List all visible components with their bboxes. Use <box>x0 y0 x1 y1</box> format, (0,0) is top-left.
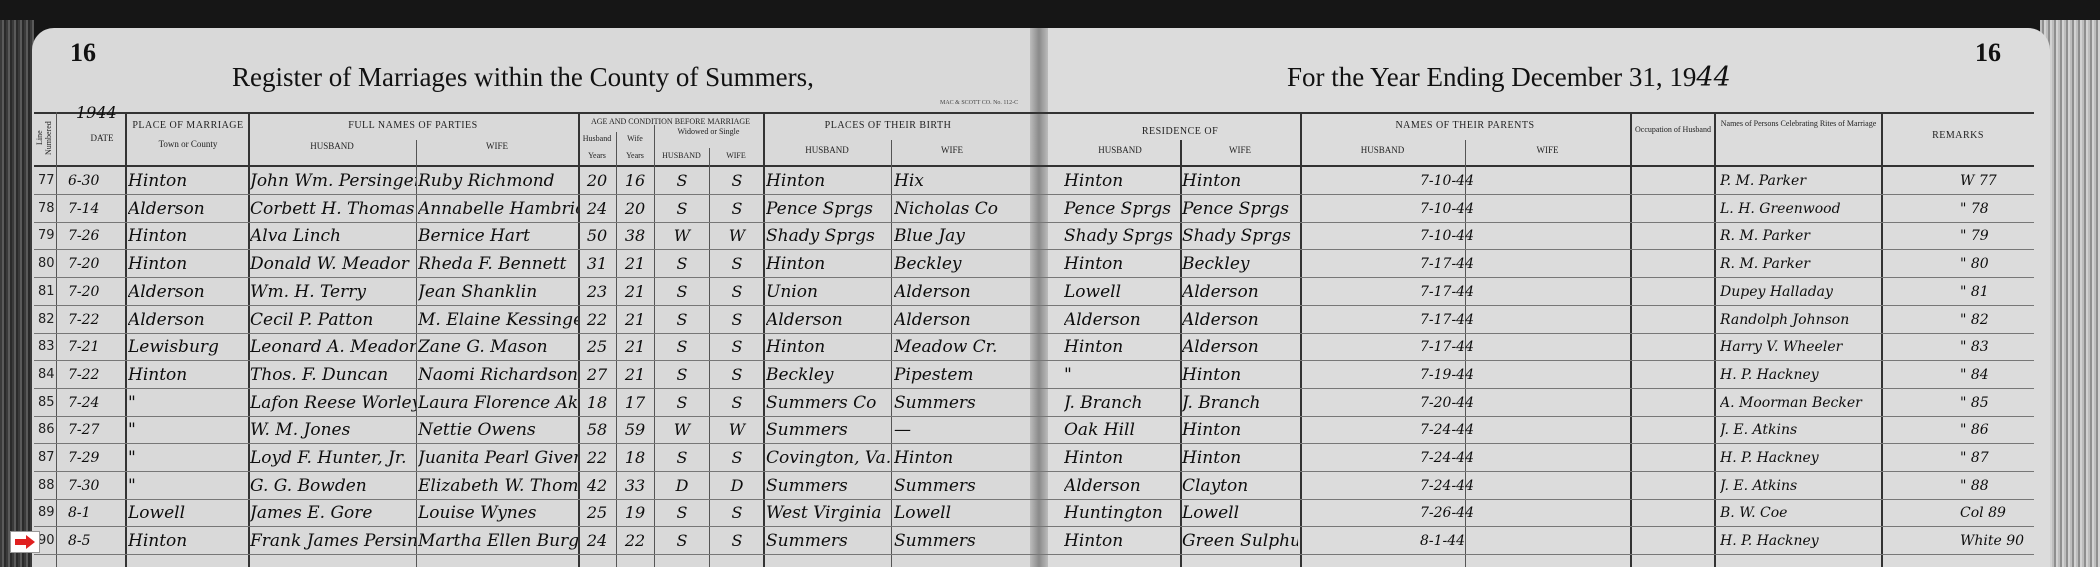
husband-name-cell: John Wm. Persinger <box>250 168 416 194</box>
wife-age-cell: 38 <box>618 223 652 249</box>
wife-birthplace-cell: Blue Jay <box>894 223 1012 249</box>
ledger-book: 16 16 Register of Marriages within the C… <box>0 0 2100 567</box>
celebrant-cell: H. P. Hackney <box>1720 445 1880 471</box>
wife-age-cell: 20 <box>618 196 652 222</box>
header-age-condition: AGE AND CONDITION BEFORE MARRIAGE <box>578 118 763 127</box>
header-occupation: Occupation of Husband <box>1632 126 1714 135</box>
year-annotation: 1944 <box>76 100 117 126</box>
husband-birthplace-cell: Alderson <box>766 307 890 333</box>
line-number: 89 <box>38 500 56 526</box>
place-cell: Alderson <box>128 279 246 305</box>
header-res-wife: WIFE <box>1180 146 1300 156</box>
wife-condition-cell: S <box>711 500 763 526</box>
celebrant-cell: H. P. Hackney <box>1720 528 1880 554</box>
wife-residence-cell: Shady Sprgs <box>1182 223 1298 249</box>
arrow-right-icon <box>14 535 36 549</box>
husband-age-cell: 25 <box>580 500 614 526</box>
celebrant-cell: Randolph Johnson <box>1720 307 1880 333</box>
wife-birthplace-cell: Alderson <box>894 307 1012 333</box>
wife-name-cell: Jean Shanklin <box>418 279 578 305</box>
husband-condition-cell: S <box>656 251 708 277</box>
place-cell: " <box>128 445 246 471</box>
husband-condition-cell: S <box>656 362 708 388</box>
husband-condition-cell: S <box>656 307 708 333</box>
place-cell: Hinton <box>128 168 246 194</box>
header-birth-wife: WIFE <box>891 146 1013 156</box>
husband-residence-cell: Huntington <box>1064 500 1178 526</box>
husband-name-cell: Loyd F. Hunter, Jr. <box>250 445 416 471</box>
date-cell: 8-5 <box>68 528 124 554</box>
husband-residence-cell: Pence Sprgs <box>1064 196 1178 222</box>
husband-age-cell: 58 <box>580 417 614 443</box>
wife-residence-cell: Hinton <box>1182 168 1298 194</box>
header-bottom-rule <box>34 165 2034 167</box>
celebrant-cell: J. E. Atkins <box>1720 473 1880 499</box>
husband-condition-cell: W <box>656 223 708 249</box>
husband-age-cell: 42 <box>580 473 614 499</box>
husband-age-cell: 18 <box>580 390 614 416</box>
header-remarks: REMARKS <box>1883 130 2033 141</box>
husband-name-cell: Cecil P. Patton <box>250 307 416 333</box>
husband-birthplace-cell: Union <box>766 279 890 305</box>
wife-name-cell: Nettie Owens <box>418 417 578 443</box>
wife-age-cell: 16 <box>618 168 652 194</box>
header-age-wife: Wife <box>616 135 654 144</box>
husband-birthplace-cell: Beckley <box>766 362 890 388</box>
line-number: 84 <box>38 362 56 388</box>
celebrant-cell: H. P. Hackney <box>1720 362 1880 388</box>
wife-age-cell: 18 <box>618 445 652 471</box>
celebrant-cell: J. E. Atkins <box>1720 417 1880 443</box>
remarks-cell: " 85 <box>1960 390 2032 416</box>
husband-age-cell: 22 <box>580 307 614 333</box>
date-cell: 7-14 <box>68 196 124 222</box>
wife-name-cell: Ruby Richmond <box>418 168 578 194</box>
wife-age-cell: 21 <box>618 279 652 305</box>
wife-residence-cell: Clayton <box>1182 473 1298 499</box>
table-row: 817-20AldersonWm. H. TerryJean Shanklin2… <box>0 279 2040 305</box>
year-title: For the Year Ending December 31, 1944 <box>1287 62 1731 93</box>
wife-birthplace-cell: Summers <box>894 528 1012 554</box>
table-row: 776-30HintonJohn Wm. PersingerRuby Richm… <box>0 168 2040 194</box>
wife-birthplace-cell: Meadow Cr. <box>894 334 1012 360</box>
remarks-cell: " 86 <box>1960 417 2032 443</box>
wife-condition-cell: W <box>711 417 763 443</box>
remarks-cell: " 88 <box>1960 473 2032 499</box>
place-cell: " <box>128 473 246 499</box>
husband-name-cell: Donald W. Meador <box>250 251 416 277</box>
wife-condition-cell: S <box>711 307 763 333</box>
husband-condition-cell: S <box>656 500 708 526</box>
husband-name-cell: G. G. Bowden <box>250 473 416 499</box>
husband-age-cell: 20 <box>580 168 614 194</box>
husband-residence-cell: Shady Sprgs <box>1064 223 1178 249</box>
wife-name-cell: Martha Ellen Burgess <box>418 528 578 554</box>
date-cell: 7-26 <box>68 223 124 249</box>
husband-name-cell: Alva Linch <box>250 223 416 249</box>
husband-birthplace-cell: Summers <box>766 528 890 554</box>
husband-birthplace-cell: Hinton <box>766 251 890 277</box>
remarks-cell: " 79 <box>1960 223 2032 249</box>
celebrant-cell: P. M. Parker <box>1720 168 1880 194</box>
parents-date-cell: 7-24-44 <box>1420 445 1540 471</box>
date-cell: 8-1 <box>68 500 124 526</box>
header-names-husband: HUSBAND <box>248 142 416 152</box>
place-cell: " <box>128 390 246 416</box>
wife-condition-cell: S <box>711 196 763 222</box>
place-cell: Hinton <box>128 362 246 388</box>
line-number: 81 <box>38 279 56 305</box>
husband-birthplace-cell: West Virginia <box>766 500 890 526</box>
wife-birthplace-cell: Alderson <box>894 279 1012 305</box>
husband-birthplace-cell: Summers <box>766 473 890 499</box>
remarks-cell: " 87 <box>1960 445 2032 471</box>
header-date: DATE <box>82 134 122 144</box>
husband-birthplace-cell: Summers Co <box>766 390 890 416</box>
header-widowed-single: Widowed or Single <box>654 128 763 137</box>
wife-birthplace-cell: Summers <box>894 473 1012 499</box>
wife-age-cell: 19 <box>618 500 652 526</box>
line-number: 82 <box>38 307 56 333</box>
husband-condition-cell: W <box>656 417 708 443</box>
table-row: 847-22HintonThos. F. DuncanNaomi Richard… <box>0 362 2040 388</box>
wife-condition-cell: S <box>711 334 763 360</box>
husband-name-cell: Wm. H. Terry <box>250 279 416 305</box>
husband-residence-cell: Lowell <box>1064 279 1178 305</box>
table-row: 837-21LewisburgLeonard A. MeadorZane G. … <box>0 334 2040 360</box>
date-cell: 7-21 <box>68 334 124 360</box>
table-row: 787-14AldersonCorbett H. ThomasAnnabelle… <box>0 196 2040 222</box>
header-res-husband: HUSBAND <box>1060 146 1180 156</box>
remarks-cell: White 90 <box>1960 528 2032 554</box>
husband-residence-cell: Alderson <box>1064 307 1178 333</box>
table-row: 877-29"Loyd F. Hunter, Jr.Juanita Pearl … <box>0 445 2040 471</box>
header-celebrant: Names of Persons Celebrating Rites of Ma… <box>1716 120 1881 129</box>
wife-age-cell: 22 <box>618 528 652 554</box>
table-row: 857-24"Lafon Reese WorleyLaura Florence … <box>0 390 2040 416</box>
husband-age-cell: 25 <box>580 334 614 360</box>
place-cell: Hinton <box>128 223 246 249</box>
line-number: 88 <box>38 473 56 499</box>
husband-condition-cell: S <box>656 334 708 360</box>
wife-name-cell: Elizabeth W. Thompson <box>418 473 578 499</box>
wife-birthplace-cell: Beckley <box>894 251 1012 277</box>
line-number: 86 <box>38 417 56 443</box>
husband-name-cell: Corbett H. Thomas <box>250 196 416 222</box>
header-age-husband: Husband <box>578 135 616 144</box>
year-title-handwritten: 44 <box>1696 62 1730 93</box>
husband-condition-cell: S <box>656 445 708 471</box>
wife-birthplace-cell: — <box>894 417 1012 443</box>
husband-birthplace-cell: Summers <box>766 417 890 443</box>
table-row: 908-5HintonFrank James PersingerMartha E… <box>0 528 2040 554</box>
wife-birthplace-cell: Pipestem <box>894 362 1012 388</box>
wife-residence-cell: Alderson <box>1182 334 1298 360</box>
table-row: 797-26HintonAlva LinchBernice Hart5038WW… <box>0 223 2040 249</box>
wife-condition-cell: S <box>711 445 763 471</box>
parents-date-cell: 7-24-44 <box>1420 417 1540 443</box>
remarks-cell: " 78 <box>1960 196 2032 222</box>
husband-birthplace-cell: Hinton <box>766 334 890 360</box>
header-parents-wife: WIFE <box>1465 146 1630 156</box>
husband-residence-cell: Alderson <box>1064 473 1178 499</box>
husband-residence-cell: Hinton <box>1064 445 1178 471</box>
wife-age-cell: 59 <box>618 417 652 443</box>
husband-condition-cell: S <box>656 168 708 194</box>
husband-age-cell: 23 <box>580 279 614 305</box>
wife-condition-cell: W <box>711 223 763 249</box>
place-cell: Hinton <box>128 251 246 277</box>
header-years-husband: Years <box>578 152 616 161</box>
date-cell: 7-22 <box>68 362 124 388</box>
place-cell: Alderson <box>128 307 246 333</box>
husband-name-cell: Thos. F. Duncan <box>250 362 416 388</box>
header-places-of-birth: PLACES OF THEIR BIRTH <box>763 120 1013 131</box>
husband-name-cell: Leonard A. Meador <box>250 334 416 360</box>
wife-name-cell: Rheda F. Bennett <box>418 251 578 277</box>
wife-birthplace-cell: Summers <box>894 390 1012 416</box>
header-residence-of: RESIDENCE OF <box>1060 126 1300 137</box>
register-title: Register of Marriages within the County … <box>232 62 814 93</box>
wife-name-cell: Louise Wynes <box>418 500 578 526</box>
husband-condition-cell: S <box>656 390 708 416</box>
table-row: 887-30"G. G. BowdenElizabeth W. Thompson… <box>0 473 2040 499</box>
wife-condition-cell: D <box>711 473 763 499</box>
next-page-arrow-button[interactable] <box>10 531 40 553</box>
celebrant-cell: L. H. Greenwood <box>1720 196 1880 222</box>
line-number: 80 <box>38 251 56 277</box>
place-cell: " <box>128 417 246 443</box>
husband-age-cell: 50 <box>580 223 614 249</box>
husband-name-cell: James E. Gore <box>250 500 416 526</box>
husband-birthplace-cell: Hinton <box>766 168 890 194</box>
husband-age-cell: 24 <box>580 528 614 554</box>
table-row: 807-20HintonDonald W. MeadorRheda F. Ben… <box>0 251 2040 277</box>
table-row: 898-1LowellJames E. GoreLouise Wynes2519… <box>0 500 2040 526</box>
wife-birthplace-cell: Lowell <box>894 500 1012 526</box>
wife-residence-cell: J. Branch <box>1182 390 1298 416</box>
date-cell: 7-30 <box>68 473 124 499</box>
wife-name-cell: Laura Florence Akers <box>418 390 578 416</box>
remarks-cell: " 80 <box>1960 251 2032 277</box>
wife-condition-cell: S <box>711 390 763 416</box>
wife-birthplace-cell: Hix <box>894 168 1012 194</box>
parents-date-cell: 7-26-44 <box>1420 500 1540 526</box>
header-parents-husband: HUSBAND <box>1300 146 1465 156</box>
wife-condition-cell: S <box>711 528 763 554</box>
wife-age-cell: 21 <box>618 362 652 388</box>
celebrant-cell: A. Moorman Becker <box>1720 390 1880 416</box>
place-cell: Hinton <box>128 528 246 554</box>
wife-age-cell: 17 <box>618 390 652 416</box>
husband-birthplace-cell: Shady Sprgs <box>766 223 890 249</box>
wife-condition-cell: S <box>711 251 763 277</box>
wife-name-cell: Bernice Hart <box>418 223 578 249</box>
header-line-numbered: Line Numbered <box>36 118 54 158</box>
wife-condition-cell: S <box>711 279 763 305</box>
husband-name-cell: Lafon Reese Worley <box>250 390 416 416</box>
husband-age-cell: 31 <box>580 251 614 277</box>
wife-residence-cell: Hinton <box>1182 362 1298 388</box>
header-full-names: FULL NAMES OF PARTIES <box>248 120 578 131</box>
wife-name-cell: Naomi Richardson <box>418 362 578 388</box>
wife-residence-cell: Lowell <box>1182 500 1298 526</box>
date-cell: 7-24 <box>68 390 124 416</box>
parents-date-cell: 8-1-44 <box>1420 528 1540 554</box>
date-cell: 6-30 <box>68 168 124 194</box>
line-number: 90 <box>38 528 56 554</box>
line-number: 77 <box>38 168 56 194</box>
date-cell: 7-20 <box>68 279 124 305</box>
line-number: 83 <box>38 334 56 360</box>
header-place-of-marriage: PLACE OF MARRIAGE <box>128 120 248 131</box>
wife-residence-cell: Hinton <box>1182 445 1298 471</box>
printer-mark: MAC & SCOTT CO. No. 112-C <box>940 100 1018 106</box>
husband-condition-cell: S <box>656 279 708 305</box>
husband-name-cell: Frank James Persinger <box>250 528 416 554</box>
husband-age-cell: 22 <box>580 445 614 471</box>
line-number: 85 <box>38 390 56 416</box>
husband-condition-cell: S <box>656 528 708 554</box>
wife-age-cell: 21 <box>618 307 652 333</box>
wife-age-cell: 21 <box>618 251 652 277</box>
remarks-cell: Col 89 <box>1960 500 2032 526</box>
parents-date-cell: 7-17-44 <box>1420 279 1540 305</box>
year-title-prefix: For the Year Ending December 31, 19 <box>1287 62 1696 92</box>
table-row: 827-22AldersonCecil P. PattonM. Elaine K… <box>0 307 2040 333</box>
wife-condition-cell: S <box>711 168 763 194</box>
wife-name-cell: Juanita Pearl Givens <box>418 445 578 471</box>
husband-residence-cell: Hinton <box>1064 168 1178 194</box>
husband-birthplace-cell: Covington, Va. <box>766 445 890 471</box>
husband-condition-cell: S <box>656 196 708 222</box>
line-number: 78 <box>38 196 56 222</box>
husband-residence-cell: Oak Hill <box>1064 417 1178 443</box>
wife-residence-cell: Pence Sprgs <box>1182 196 1298 222</box>
wife-residence-cell: Hinton <box>1182 417 1298 443</box>
husband-residence-cell: " <box>1064 362 1178 388</box>
wife-age-cell: 21 <box>618 334 652 360</box>
celebrant-cell: Harry V. Wheeler <box>1720 334 1880 360</box>
celebrant-cell: B. W. Coe <box>1720 500 1880 526</box>
line-number: 79 <box>38 223 56 249</box>
wife-birthplace-cell: Hinton <box>894 445 1012 471</box>
wife-residence-cell: Green Sulphur <box>1182 528 1298 554</box>
remarks-cell: " 84 <box>1960 362 2032 388</box>
date-cell: 7-22 <box>68 307 124 333</box>
remarks-cell: W 77 <box>1960 168 2032 194</box>
husband-residence-cell: Hinton <box>1064 528 1178 554</box>
celebrant-cell: R. M. Parker <box>1720 251 1880 277</box>
header-names-wife: WIFE <box>416 142 578 152</box>
husband-residence-cell: Hinton <box>1064 334 1178 360</box>
wife-name-cell: Zane G. Mason <box>418 334 578 360</box>
husband-condition-cell: D <box>656 473 708 499</box>
wife-age-cell: 33 <box>618 473 652 499</box>
row-rule <box>34 554 2034 555</box>
date-cell: 7-20 <box>68 251 124 277</box>
husband-name-cell: W. M. Jones <box>250 417 416 443</box>
line-number: 87 <box>38 445 56 471</box>
place-cell: Lewisburg <box>128 334 246 360</box>
header-top-rule <box>34 112 2034 113</box>
celebrant-cell: R. M. Parker <box>1720 223 1880 249</box>
header-years-wife: Years <box>616 152 654 161</box>
celebrant-cell: Dupey Halladay <box>1720 279 1880 305</box>
parents-date-cell: 7-10-44 <box>1420 223 1540 249</box>
parents-date-cell: 7-17-44 <box>1420 307 1540 333</box>
parents-date-cell: 7-20-44 <box>1420 390 1540 416</box>
place-cell: Lowell <box>128 500 246 526</box>
header-town-or-county: Town or County <box>128 140 248 150</box>
date-cell: 7-29 <box>68 445 124 471</box>
parents-date-cell: 7-10-44 <box>1420 196 1540 222</box>
wife-residence-cell: Beckley <box>1182 251 1298 277</box>
header-cond-wife: WIFE <box>709 152 763 161</box>
parents-date-cell: 7-19-44 <box>1420 362 1540 388</box>
header-names-of-parents: NAMES OF THEIR PARENTS <box>1300 120 1630 131</box>
wife-condition-cell: S <box>711 362 763 388</box>
wife-birthplace-cell: Nicholas Co <box>894 196 1012 222</box>
remarks-cell: " 82 <box>1960 307 2032 333</box>
husband-birthplace-cell: Pence Sprgs <box>766 196 890 222</box>
wife-residence-cell: Alderson <box>1182 307 1298 333</box>
date-cell: 7-27 <box>68 417 124 443</box>
wife-name-cell: M. Elaine Kessinger <box>418 307 578 333</box>
header-cond-husband: HUSBAND <box>654 152 709 161</box>
place-cell: Alderson <box>128 196 246 222</box>
husband-residence-cell: J. Branch <box>1064 390 1178 416</box>
husband-age-cell: 27 <box>580 362 614 388</box>
wife-residence-cell: Alderson <box>1182 279 1298 305</box>
left-page-number: 16 <box>70 38 96 68</box>
remarks-cell: " 81 <box>1960 279 2032 305</box>
parents-date-cell: 7-17-44 <box>1420 251 1540 277</box>
husband-residence-cell: Hinton <box>1064 251 1178 277</box>
header-birth-husband: HUSBAND <box>763 146 891 156</box>
wife-name-cell: Annabelle Hambrick <box>418 196 578 222</box>
right-page-number: 16 <box>1975 38 2001 68</box>
table-row: 867-27"W. M. JonesNettie Owens5859WWSumm… <box>0 417 2040 443</box>
husband-age-cell: 24 <box>580 196 614 222</box>
parents-date-cell: 7-24-44 <box>1420 473 1540 499</box>
remarks-cell: " 83 <box>1960 334 2032 360</box>
parents-date-cell: 7-10-44 <box>1420 168 1540 194</box>
parents-date-cell: 7-17-44 <box>1420 334 1540 360</box>
